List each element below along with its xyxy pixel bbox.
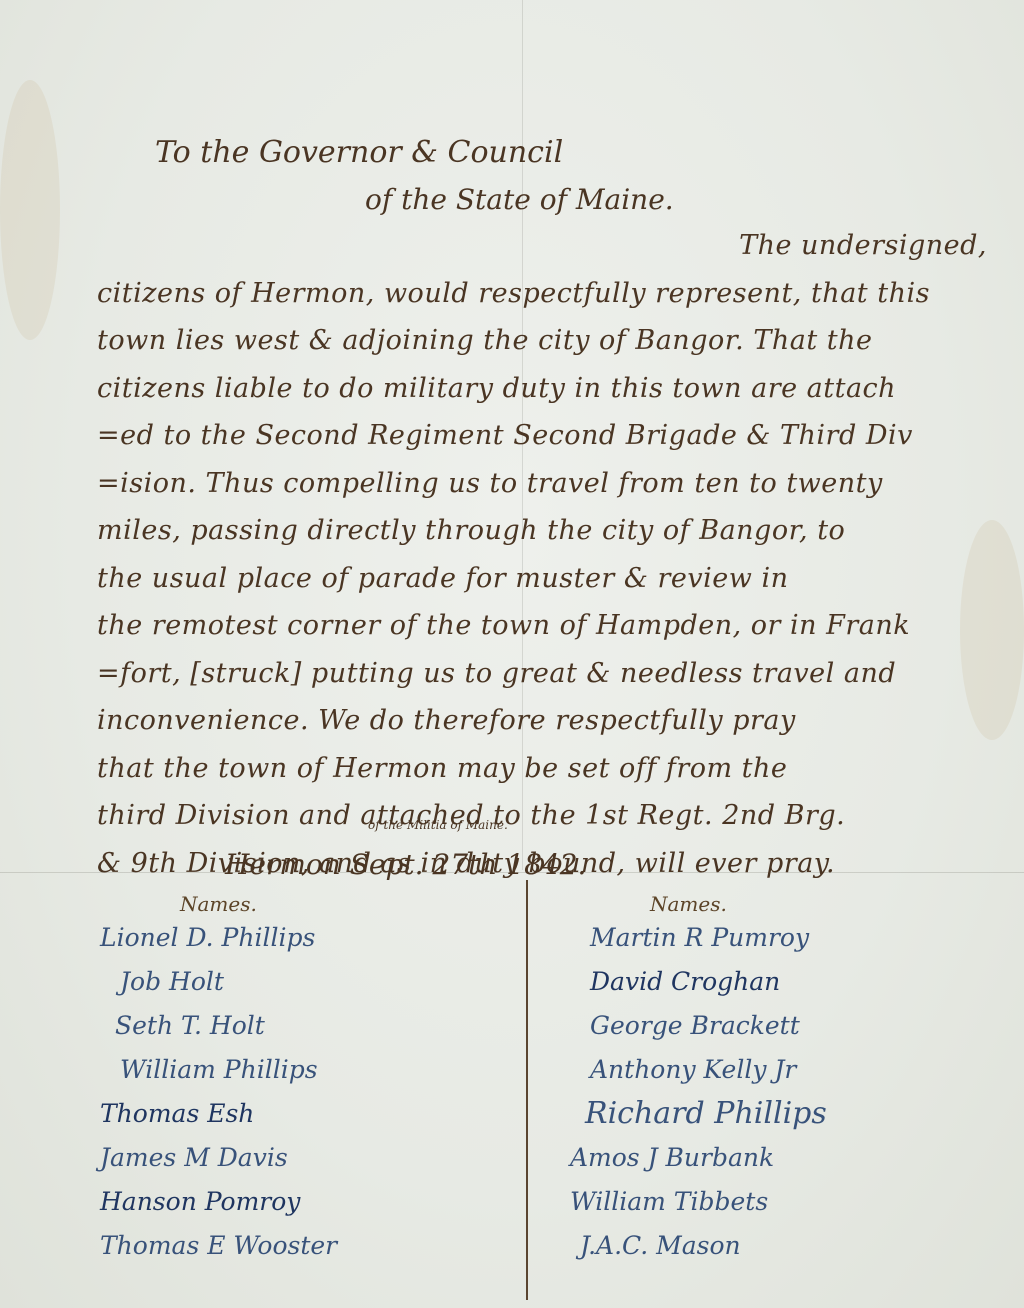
signature: David Croghan [590, 960, 827, 1004]
body-line: The undersigned, [97, 222, 1007, 270]
document-page: To the Governor & Council of the State o… [0, 0, 1024, 1308]
signature: Amos J Burbank [570, 1136, 827, 1180]
salutation-line-2: of the State of Maine. [365, 183, 674, 216]
signature: Anthony Kelly Jr [590, 1048, 827, 1092]
body-line: that the town of Hermon may be set off f… [97, 745, 1007, 793]
signature-column-divider [526, 880, 528, 1300]
body-line: miles, passing directly through the city… [97, 507, 1007, 555]
signature-column-left: Names. Lionel D. Phillips Job Holt Seth … [100, 892, 337, 1268]
interlinear-insertion: of the Militia of Maine. [368, 818, 508, 832]
signature: James M Davis [100, 1136, 337, 1180]
body-line: the remotest corner of the town of Hampd… [97, 602, 1007, 650]
signature: William Phillips [120, 1048, 337, 1092]
signature: Thomas Esh [100, 1092, 337, 1136]
signature: Thomas E Wooster [100, 1224, 337, 1268]
signature: Hanson Pomroy [100, 1180, 337, 1224]
signature: Martin R Pumroy [590, 916, 827, 960]
body-line: third Division and attached to the 1st R… [97, 792, 1007, 840]
signature: George Brackett [590, 1004, 827, 1048]
body-line: =fort, [struck] putting us to great & ne… [97, 650, 1007, 698]
signature: J.A.C. Mason [580, 1224, 827, 1268]
body-line: =ed to the Second Regiment Second Brigad… [97, 412, 1007, 460]
signature: William Tibbets [570, 1180, 827, 1224]
petition-body: The undersigned, citizens of Hermon, wou… [97, 222, 1007, 887]
body-line: inconvenience. We do therefore respectfu… [97, 697, 1007, 745]
names-heading: Names. [180, 892, 337, 916]
dateline: Hermon Sept. 27th 1842. [225, 848, 586, 881]
signature: Seth T. Holt [115, 1004, 337, 1048]
body-line: citizens of Hermon, would respectfully r… [97, 270, 1007, 318]
body-line: town lies west & adjoining the city of B… [97, 317, 1007, 365]
signature: Lionel D. Phillips [100, 916, 337, 960]
signature: Richard Phillips [585, 1092, 827, 1136]
signature-column-right: Names. Martin R Pumroy David Croghan Geo… [570, 892, 827, 1268]
salutation-line-1: To the Governor & Council [155, 135, 563, 170]
body-line: citizens liable to do military duty in t… [97, 365, 1007, 413]
body-line: =ision. Thus compelling us to travel fro… [97, 460, 1007, 508]
paper-stain [0, 80, 60, 340]
body-line: the usual place of parade for muster & r… [97, 555, 1007, 603]
names-heading: Names. [650, 892, 827, 916]
signature: Job Holt [120, 960, 337, 1004]
